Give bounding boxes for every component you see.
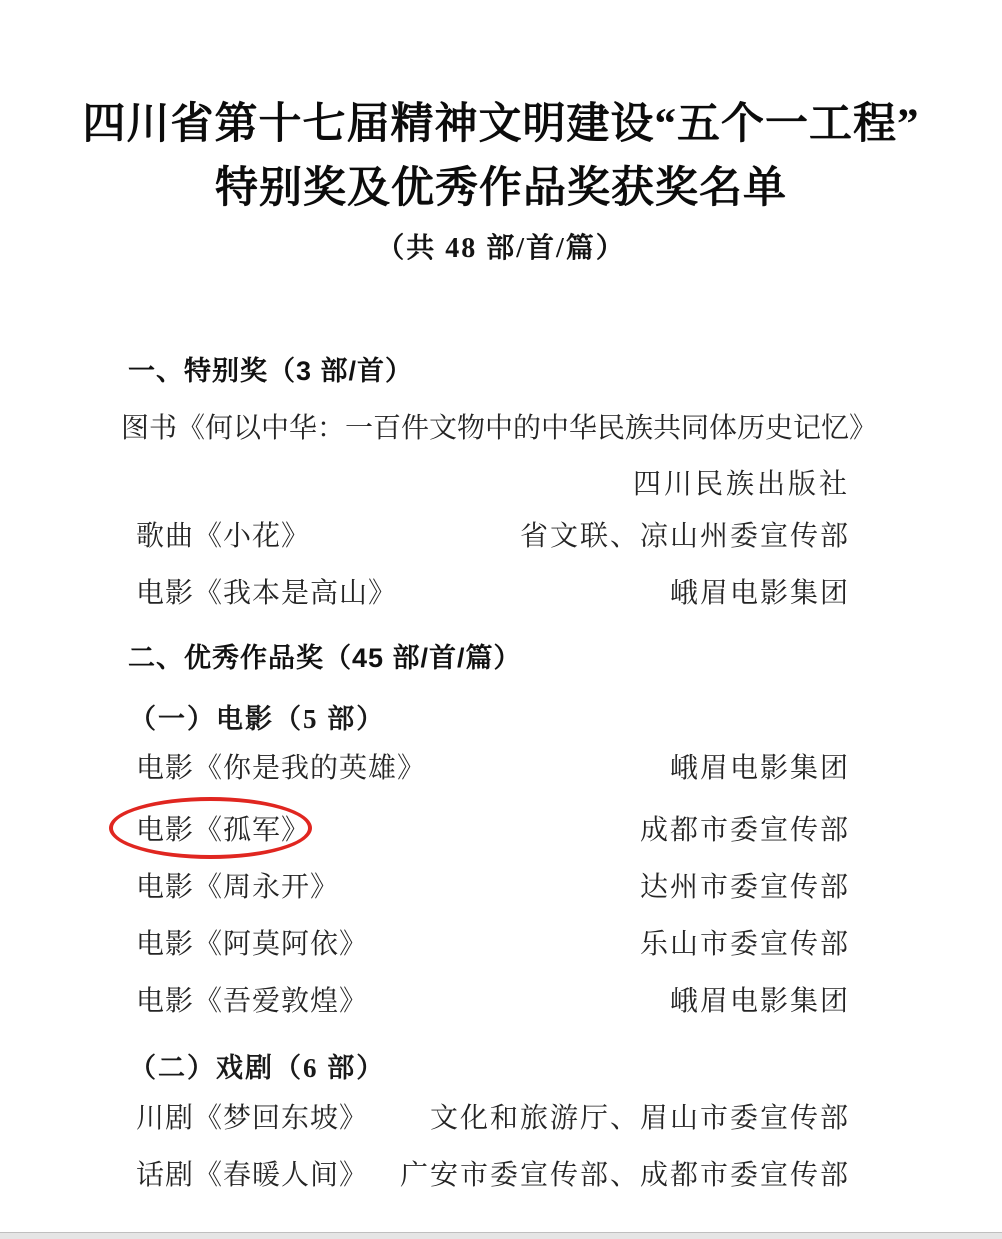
entry-song: 歌曲《小花》 省文联、凉山州委宣传部 [136, 521, 850, 553]
highlight-ellipse-annotation [109, 797, 312, 859]
entry-film-1: 电影《你是我的英雄》 峨眉电影集团 [136, 753, 850, 785]
entry-film-1-org: 峨眉电影集团 [670, 753, 850, 785]
subsection-films-label: （一）电影（5 部） [129, 697, 385, 736]
entry-film-5-org: 峨眉电影集团 [670, 986, 850, 1018]
document-title-line1: 四川省第十七届精神文明建设“五个一工程” [0, 100, 1002, 149]
document-subtitle: （共 48 部/首/篇） [0, 226, 1002, 266]
photo-bottom-edge [0, 1232, 1002, 1239]
entry-film-special-work: 电影《我本是高山》 [136, 578, 397, 610]
entry-film-4-org: 乐山市委宣传部 [640, 929, 850, 961]
entry-film-4-work: 电影《阿莫阿依》 [136, 929, 368, 961]
document-page: 四川省第十七届精神文明建设“五个一工程” 特别奖及优秀作品奖获奖名单 （共 48… [0, 0, 1002, 1239]
entry-drama-1: 川剧《梦回东坡》 文化和旅游厅、眉山市委宣传部 [136, 1103, 850, 1135]
entry-film-4: 电影《阿莫阿依》 乐山市委宣传部 [136, 929, 850, 961]
entry-drama-2-work: 话剧《春暖人间》 [136, 1160, 368, 1192]
entry-film-5: 电影《吾爱敦煌》 峨眉电影集团 [136, 986, 850, 1018]
entry-drama-1-work: 川剧《梦回东坡》 [136, 1103, 368, 1135]
entry-film-special-org: 峨眉电影集团 [670, 578, 850, 610]
entry-drama-2: 话剧《春暖人间》 广安市委宣传部、成都市委宣传部 [136, 1160, 850, 1192]
document-title-line2: 特别奖及优秀作品奖获奖名单 [0, 164, 1002, 213]
entry-song-org: 省文联、凉山州委宣传部 [520, 521, 850, 553]
entry-film-3-org: 达州市委宣传部 [640, 872, 850, 904]
section2-heading: 二、优秀作品奖（45 部/首/篇） [128, 636, 522, 675]
entry-book-org: 四川民族出版社 [136, 462, 850, 502]
entry-film-3-work: 电影《周永开》 [136, 872, 339, 904]
entry-book-work: 图书《何以中华：一百件文物中的中华民族共同体历史记忆》 [121, 406, 877, 446]
section1-heading: 一、特别奖（3 部/首） [128, 349, 413, 388]
entry-film-1-work: 电影《你是我的英雄》 [136, 753, 426, 785]
entry-drama-1-org: 文化和旅游厅、眉山市委宣传部 [430, 1103, 850, 1135]
entry-drama-2-org: 广安市委宣传部、成都市委宣传部 [400, 1160, 850, 1192]
entry-film-3: 电影《周永开》 达州市委宣传部 [136, 872, 850, 904]
entry-song-work: 歌曲《小花》 [136, 521, 310, 553]
subsection-dramas-label: （二）戏剧（6 部） [129, 1046, 385, 1085]
entry-film-2-org: 成都市委宣传部 [640, 815, 850, 847]
entry-film-5-work: 电影《吾爱敦煌》 [136, 986, 368, 1018]
entry-film-special: 电影《我本是高山》 峨眉电影集团 [136, 578, 850, 610]
